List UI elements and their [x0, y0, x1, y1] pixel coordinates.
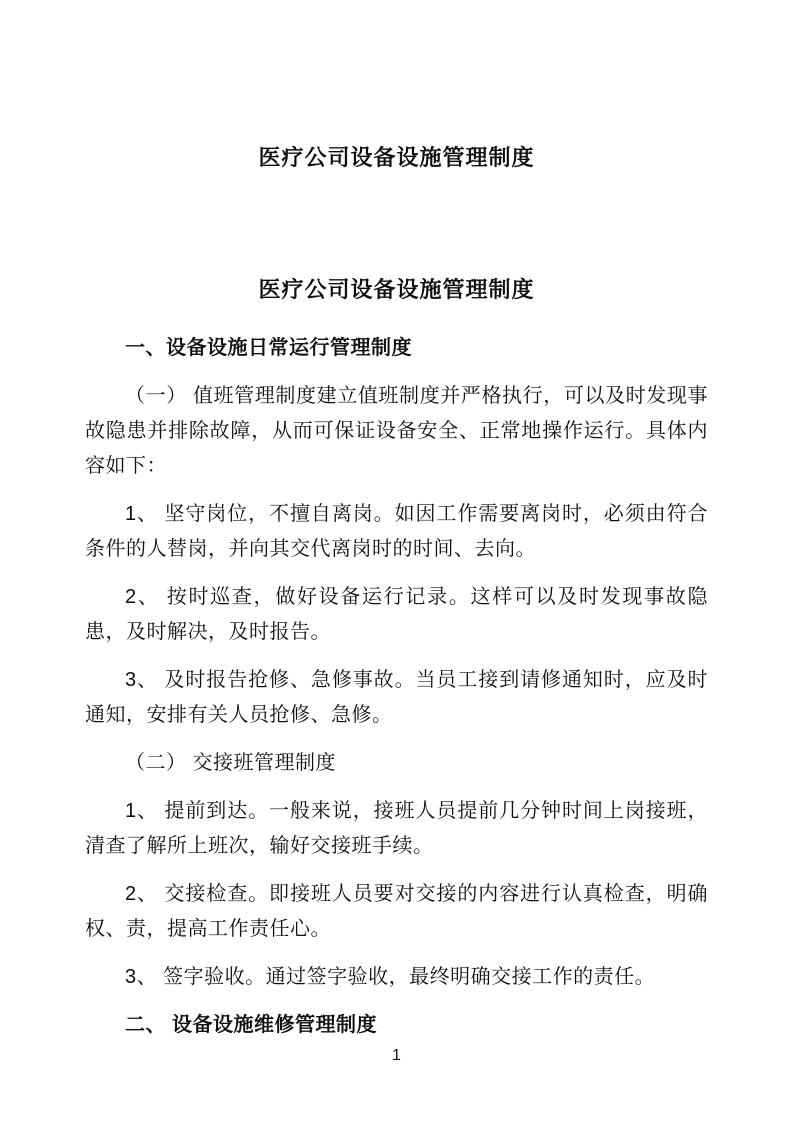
document-title-top: 医疗公司设备设施管理制度 [85, 142, 708, 174]
paragraph-shift-item-2: 2、 交接检查。即接班人员要对交接的内容进行认真检查，明确权、责，提高工作责任心… [85, 877, 708, 947]
section-heading-1: 一、设备设施日常运行管理制度 [85, 331, 708, 366]
paragraph-shift-item-3: 3、 签字验收。通过签字验收，最终明确交接工作的责任。 [85, 960, 708, 995]
paragraph-duty-item-3: 3、 及时报告抢修、急修事故。当员工接到请修通知时，应及时通知，安排有关人员抢修… [85, 663, 708, 733]
section-heading-2: 二、 设备设施维修管理制度 [85, 1008, 708, 1043]
subsection-heading-shift: （二） 交接班管理制度 [85, 746, 708, 781]
document-content: 医疗公司设备设施管理制度 医疗公司设备设施管理制度 一、设备设施日常运行管理制度… [0, 0, 793, 1043]
document-page: 医疗公司设备设施管理制度 医疗公司设备设施管理制度 一、设备设施日常运行管理制度… [0, 0, 793, 1122]
document-title: 医疗公司设备设施管理制度 [85, 274, 708, 306]
paragraph-duty-item-2: 2、 按时巡查，做好设备运行记录。这样可以及时发现事故隐患，及时解决，及时报告。 [85, 580, 708, 650]
paragraph-shift-item-1: 1、 提前到达。一般来说，接班人员提前几分钟时间上岗接班，清查了解所上班次，输好… [85, 794, 708, 864]
paragraph-duty-intro: （一） 值班管理制度建立值班制度并严格执行，可以及时发现事故隐患并排除故障，从而… [85, 379, 708, 484]
page-number: 1 [0, 1046, 793, 1066]
paragraph-duty-item-1: 1、 坚守岗位，不擅自离岗。如因工作需要离岗时，必须由符合条件的人替岗，并向其交… [85, 497, 708, 567]
